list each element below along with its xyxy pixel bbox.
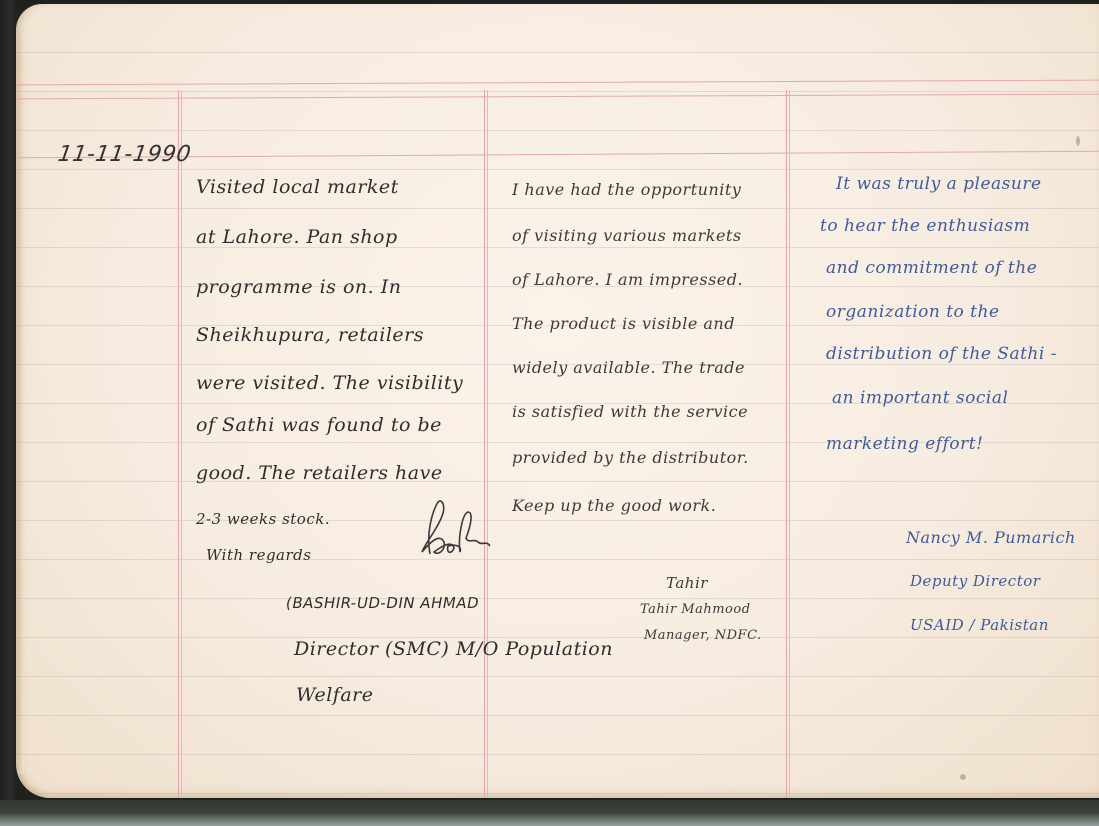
entry-2-signature-mark: Tahir — [666, 574, 708, 592]
column-rule-1 — [178, 90, 179, 798]
entry-2-signatory-name: Tahir Mahmood — [640, 602, 751, 617]
entry-1-line: were visited. The visibility — [196, 372, 463, 394]
entry-2-line: The product is visible and — [512, 314, 735, 333]
entry-2-line: Keep up the good work. — [512, 496, 716, 515]
entry-3-line: and commitment of the — [826, 258, 1037, 278]
entry-3-signatory-name: Nancy M. Pumarich — [906, 528, 1076, 547]
entry-date: 11-11-1990 — [56, 142, 192, 167]
entry-1-line: of Sathi was found to be — [196, 414, 442, 436]
entry-1-signatory-title: Director (SMC) M/O Population — [294, 638, 613, 660]
entry-1-line: good. The retailers have — [196, 462, 443, 484]
entry-2-line: is satisfied with the service — [512, 402, 748, 421]
entry-3-line: organization to the — [826, 302, 1000, 322]
book-binding-bottom — [0, 800, 1099, 826]
entry-3-line: It was truly a pleasure — [836, 174, 1042, 194]
entry-3-line: marketing effort! — [826, 434, 983, 454]
entry-3-line: an important social — [832, 388, 1008, 408]
entry-1-signatory-name: (BASHIR-UD-DIN AHMAD — [284, 594, 480, 612]
entry-2-line: I have had the opportunity — [512, 180, 741, 199]
entry-1-signatory-org: Welfare — [296, 684, 374, 706]
entry-3-signatory-title: Deputy Director — [910, 572, 1040, 590]
entry-2-line: of Lahore. I am impressed. — [512, 270, 743, 289]
entry-1-line: Sheikhupura, retailers — [196, 324, 424, 346]
entry-1-line: programme is on. In — [196, 276, 401, 298]
entry-3-line: distribution of the Sathi - — [826, 344, 1057, 364]
entry-1-line: 2-3 weeks stock. — [196, 510, 330, 528]
entry-2-signatory-title: Manager, NDFC. — [644, 628, 762, 643]
column-rule-3 — [786, 90, 787, 798]
entry-1-line: at Lahore. Pan shop — [196, 226, 398, 248]
entry-1-line: With regards — [206, 546, 311, 564]
entry-1-line: Visited local market — [196, 176, 399, 198]
entry-2-line: widely available. The trade — [512, 358, 745, 377]
entry-2-line: provided by the distributor. — [512, 448, 749, 467]
column-rule-2 — [484, 90, 485, 798]
entry-3-signatory-org: USAID / Pakistan — [910, 616, 1049, 634]
signature-1-icon — [408, 494, 528, 574]
entry-2-line: of visiting various markets — [512, 226, 742, 245]
entry-3-line: to hear the enthusiasm — [820, 216, 1030, 236]
paper-speck — [960, 774, 966, 780]
ledger-page: 11-11-1990 Visited local market at Lahor… — [16, 4, 1099, 798]
paper-speck — [1076, 136, 1080, 146]
